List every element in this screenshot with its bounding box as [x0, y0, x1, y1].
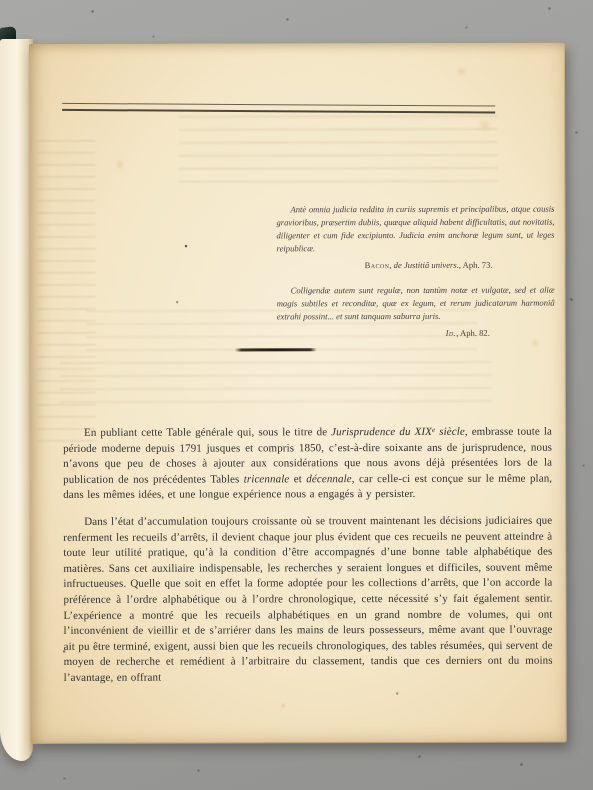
book-page: Antè omnia judicia reddita in curiis sup… [29, 43, 567, 744]
italic-word-tricennale: tricennale [244, 473, 290, 485]
body-paragraph-1: En publiant cette Table générale qui, so… [63, 423, 552, 504]
epigraph-quote-1: Antè omnia judicia reddita in curiis sup… [276, 203, 554, 256]
body-text-block: En publiant cette Table générale qui, so… [63, 423, 553, 687]
epigraph-ref-1: , Aph. 73. [459, 260, 493, 270]
section-divider-rule [235, 348, 317, 351]
epigraph-attribution-2: Id., Aph. 82. [277, 327, 555, 340]
left-page-curled-edge [0, 39, 33, 761]
ink-showthrough [60, 361, 492, 414]
head-double-rule [62, 103, 495, 114]
epigraph-quote-2: Colligendæ autem sunt regulæ, non tantùm… [277, 284, 555, 324]
italic-title-phrase: Jurisprudence du XIX [331, 426, 432, 438]
body-paragraph-2: Dans l’état d’accumulation toujours croi… [63, 514, 552, 687]
foxing-spots [29, 44, 30, 45]
paragraph-text: et [289, 473, 306, 485]
epigraph-work-1: de Justitiâ univers. [394, 260, 459, 270]
backdrop-grain [0, 0, 1, 1]
epigraph-attribution-1: Bacon, de Justitiâ univers., Aph. 73. [277, 259, 555, 272]
italic-title-phrase: siècle [435, 426, 465, 438]
epigraph-block: Antè omnia judicia reddita in curiis sup… [276, 203, 554, 348]
photo-of-book: { "photo": { "backdrop_color": "#9e9e9c"… [0, 0, 593, 790]
epigraph-ref-2: , Aph. 82. [456, 328, 490, 338]
italic-word-decennale: décennale [306, 473, 352, 485]
paragraph-text: En publiant cette Table générale qui, so… [84, 426, 331, 439]
epigraph-author-1: Bacon [365, 260, 390, 270]
ink-showthrough [179, 115, 497, 184]
epigraph-author-2: Id. [446, 328, 457, 338]
